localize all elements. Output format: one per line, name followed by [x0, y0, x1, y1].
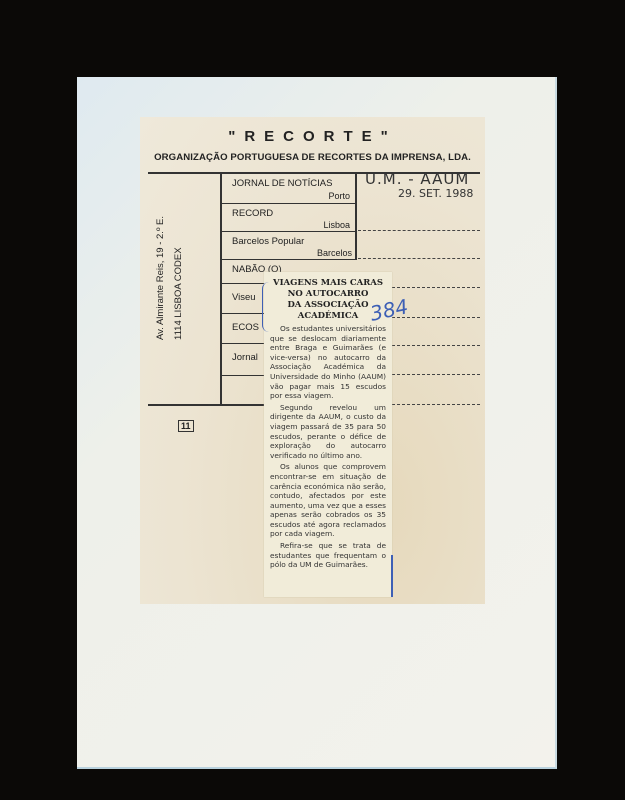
- column-divider-right: [355, 172, 357, 260]
- article-paragraph: Os estudantes universitários que se desl…: [270, 324, 386, 401]
- dashed-rule: [358, 230, 480, 232]
- page-number: 11: [178, 420, 194, 432]
- row-rule: [221, 259, 355, 260]
- headline-line: NO AUTOCARRO: [264, 289, 392, 300]
- dashed-rule: [392, 374, 480, 376]
- publication-name: Barcelos Popular: [232, 236, 304, 247]
- date-stamp: 29. SET. 1988: [398, 187, 473, 200]
- publication-name: Jornal: [232, 352, 258, 363]
- dashed-rule: [392, 287, 480, 289]
- column-divider-left: [220, 172, 222, 405]
- article-paragraph: Os alunos que comprovem encontrar-se em …: [270, 462, 386, 539]
- blue-pen-bracket: [262, 282, 269, 332]
- article-paragraph: Refira-se que se trata de estudantes que…: [270, 541, 386, 570]
- publication-name: RECORD: [232, 208, 273, 219]
- blue-pen-mark: [391, 555, 393, 597]
- row-rule: [221, 203, 355, 204]
- bottom-rule: [148, 404, 266, 406]
- address-line-2: 1114 LISBOA CODEX: [170, 216, 188, 340]
- row-rule: [221, 231, 355, 232]
- row-rule: [221, 313, 266, 314]
- agency-subtitle: ORGANIZAÇÃO PORTUGUESA DE RECORTES DA IM…: [140, 152, 485, 163]
- article-paragraph: Segundo revelou um dirigente da AAUM, o …: [270, 403, 386, 461]
- dashed-rule: [358, 258, 480, 260]
- publication-city: Lisboa: [232, 220, 350, 230]
- publication-city: Barcelos: [232, 248, 352, 258]
- handwritten-source: U.M. - AAUM: [365, 170, 469, 188]
- dashed-rule: [392, 345, 480, 347]
- publication-name: Viseu: [232, 292, 256, 303]
- address-line-1: Av. Almirante Reis, 19 - 2.º E.: [152, 216, 170, 340]
- dashed-rule: [392, 404, 480, 406]
- row-rule: [221, 283, 266, 284]
- headline-line: VIAGENS MAIS CARAS: [264, 278, 392, 289]
- agency-title: "RECORTE": [140, 128, 485, 145]
- publication-name: ECOS: [232, 322, 259, 333]
- row-rule: [221, 343, 266, 344]
- publication-city: Porto: [232, 191, 350, 201]
- agency-address: Av. Almirante Reis, 19 - 2.º E. 1114 LIS…: [152, 216, 188, 340]
- publication-name: JORNAL DE NOTÍCIAS: [232, 178, 332, 189]
- row-rule: [221, 375, 266, 376]
